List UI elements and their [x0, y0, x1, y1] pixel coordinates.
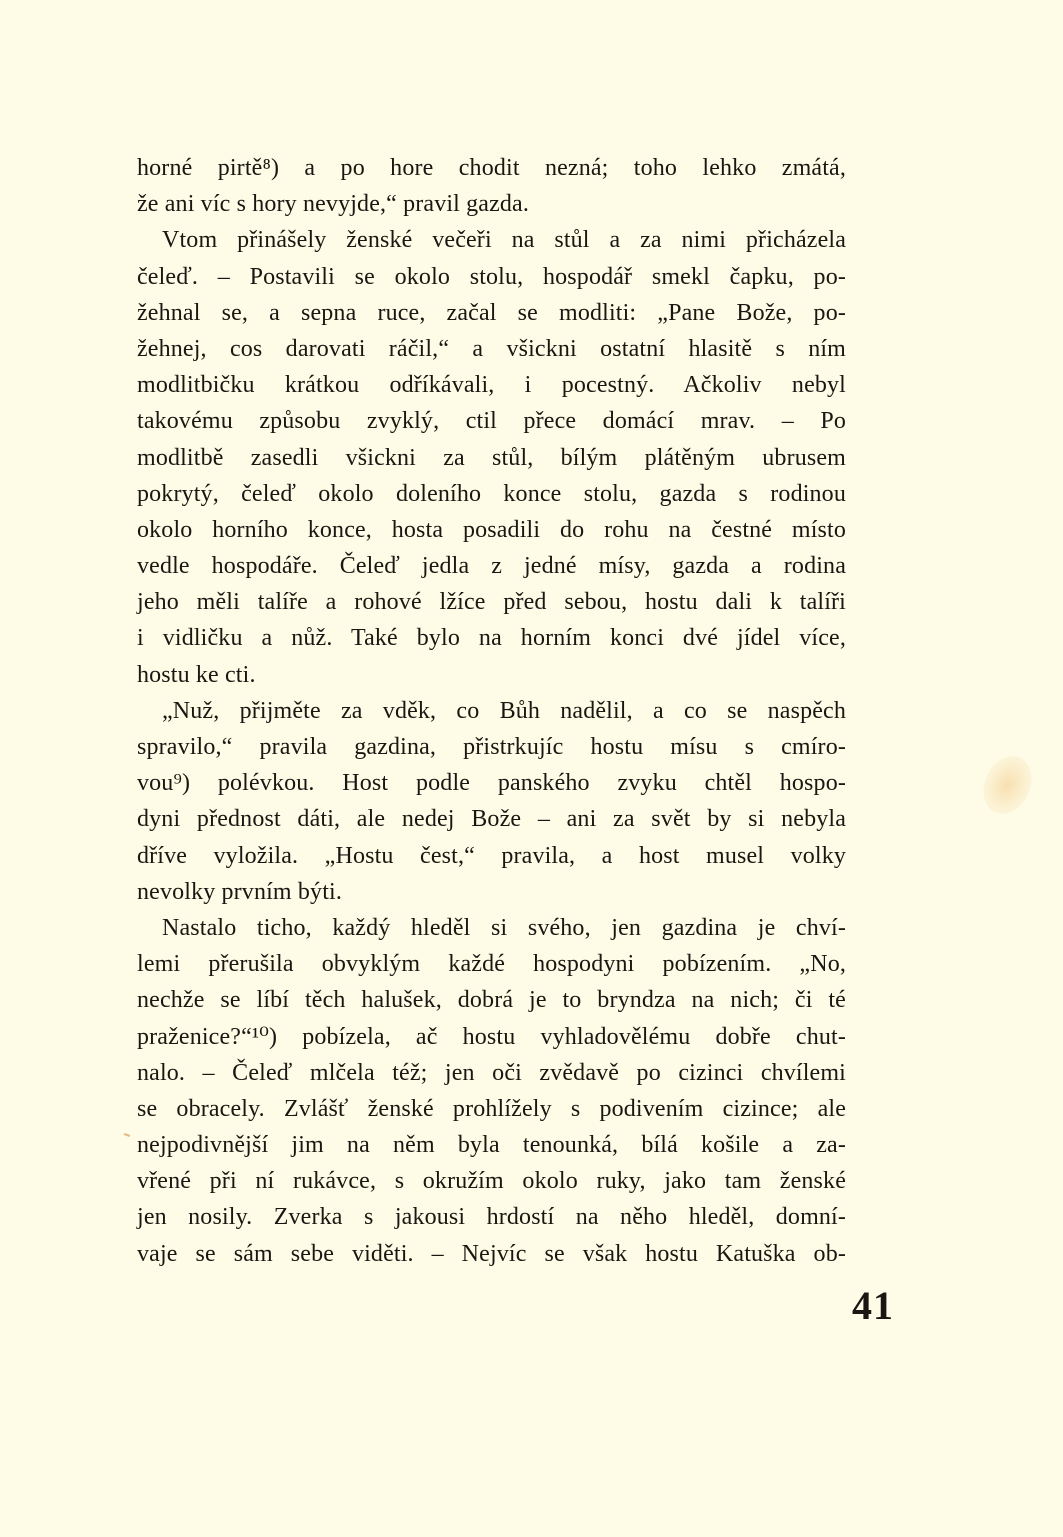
text-line-4: čeleď. – Postavili se okolo stolu, hospo… [137, 259, 846, 295]
text-line-11: okolo horního konce, hosta posadili do r… [137, 512, 846, 548]
text-line-31: vaje se sám sebe viděti. – Nejvíc se vša… [137, 1236, 846, 1272]
text-line-9: modlitbě zasedli všickni za stůl, bílým … [137, 440, 846, 476]
body-text: horné pirtě⁸) a po hore chodit nezná; to… [137, 150, 846, 1272]
text-line-16: „Nuž, přijměte za vděk, co Bůh nadělil, … [137, 693, 846, 729]
text-line-27: se obracely. Zvlášť ženské prohlížely s … [137, 1091, 846, 1127]
text-line-6: žehnej, cos darovati ráčil,“ a všickni o… [137, 331, 846, 367]
text-line-10: pokrytý, čeleď okolo doleního konce stol… [137, 476, 846, 512]
text-line-24: nechže se líbí těch halušek, dobrá je to… [137, 982, 846, 1018]
text-line-12: vedle hospodáře. Čeleď jedla z jedné mís… [137, 548, 846, 584]
text-line-30: jen nosily. Zverka s jakousi hrdostí na … [137, 1199, 846, 1235]
text-line-19: dyni přednost dáti, ale nedej Bože – ani… [137, 801, 846, 837]
text-line-8: takovému způsobu zvyklý, ctil přece domá… [137, 403, 846, 439]
text-line-15: hostu ke cti. [137, 657, 846, 693]
text-line-20: dříve vyložila. „Hostu čest,“ pravila, a… [137, 838, 846, 874]
paper-stain [974, 748, 1040, 821]
text-line-1: horné pirtě⁸) a po hore chodit nezná; to… [137, 150, 846, 186]
text-line-5: žehnal se, a sepna ruce, začal se modlit… [137, 295, 846, 331]
text-line-25: praženice?“¹⁰) pobízela, ač hostu vyhlad… [137, 1019, 846, 1055]
text-line-13: jeho měli talíře a rohové lžíce před seb… [137, 584, 846, 620]
text-line-14: i vidličku a nůž. Také bylo na horním ko… [137, 620, 846, 656]
text-line-7: modlitbičku krátkou odříkávali, i pocest… [137, 367, 846, 403]
text-line-3: Vtom přinášely ženské večeři na stůl a z… [137, 222, 846, 258]
text-line-17: spravilo,“ pravila gazdina, přistrkujíc … [137, 729, 846, 765]
text-line-29: vřené při ní rukávce, s okružím okolo ru… [137, 1163, 846, 1199]
text-line-18: vou⁹) polévkou. Host podle panského zvyk… [137, 765, 846, 801]
text-line-21: nevolky prvním býti. [137, 874, 846, 910]
text-line-26: nalo. – Čeleď mlčela též; jen oči zvědav… [137, 1055, 846, 1091]
text-line-23: lemi přerušila obvyklým každé hospodyni … [137, 946, 846, 982]
page-number: 41 [852, 1282, 894, 1329]
margin-mark [124, 1133, 130, 1137]
text-line-28: nejpodivnější jim na něm byla tenounká, … [137, 1127, 846, 1163]
text-line-22: Nastalo ticho, každý hleděl si svého, je… [137, 910, 846, 946]
text-line-2: že ani víc s hory nevyjde,“ pravil gazda… [137, 186, 846, 222]
